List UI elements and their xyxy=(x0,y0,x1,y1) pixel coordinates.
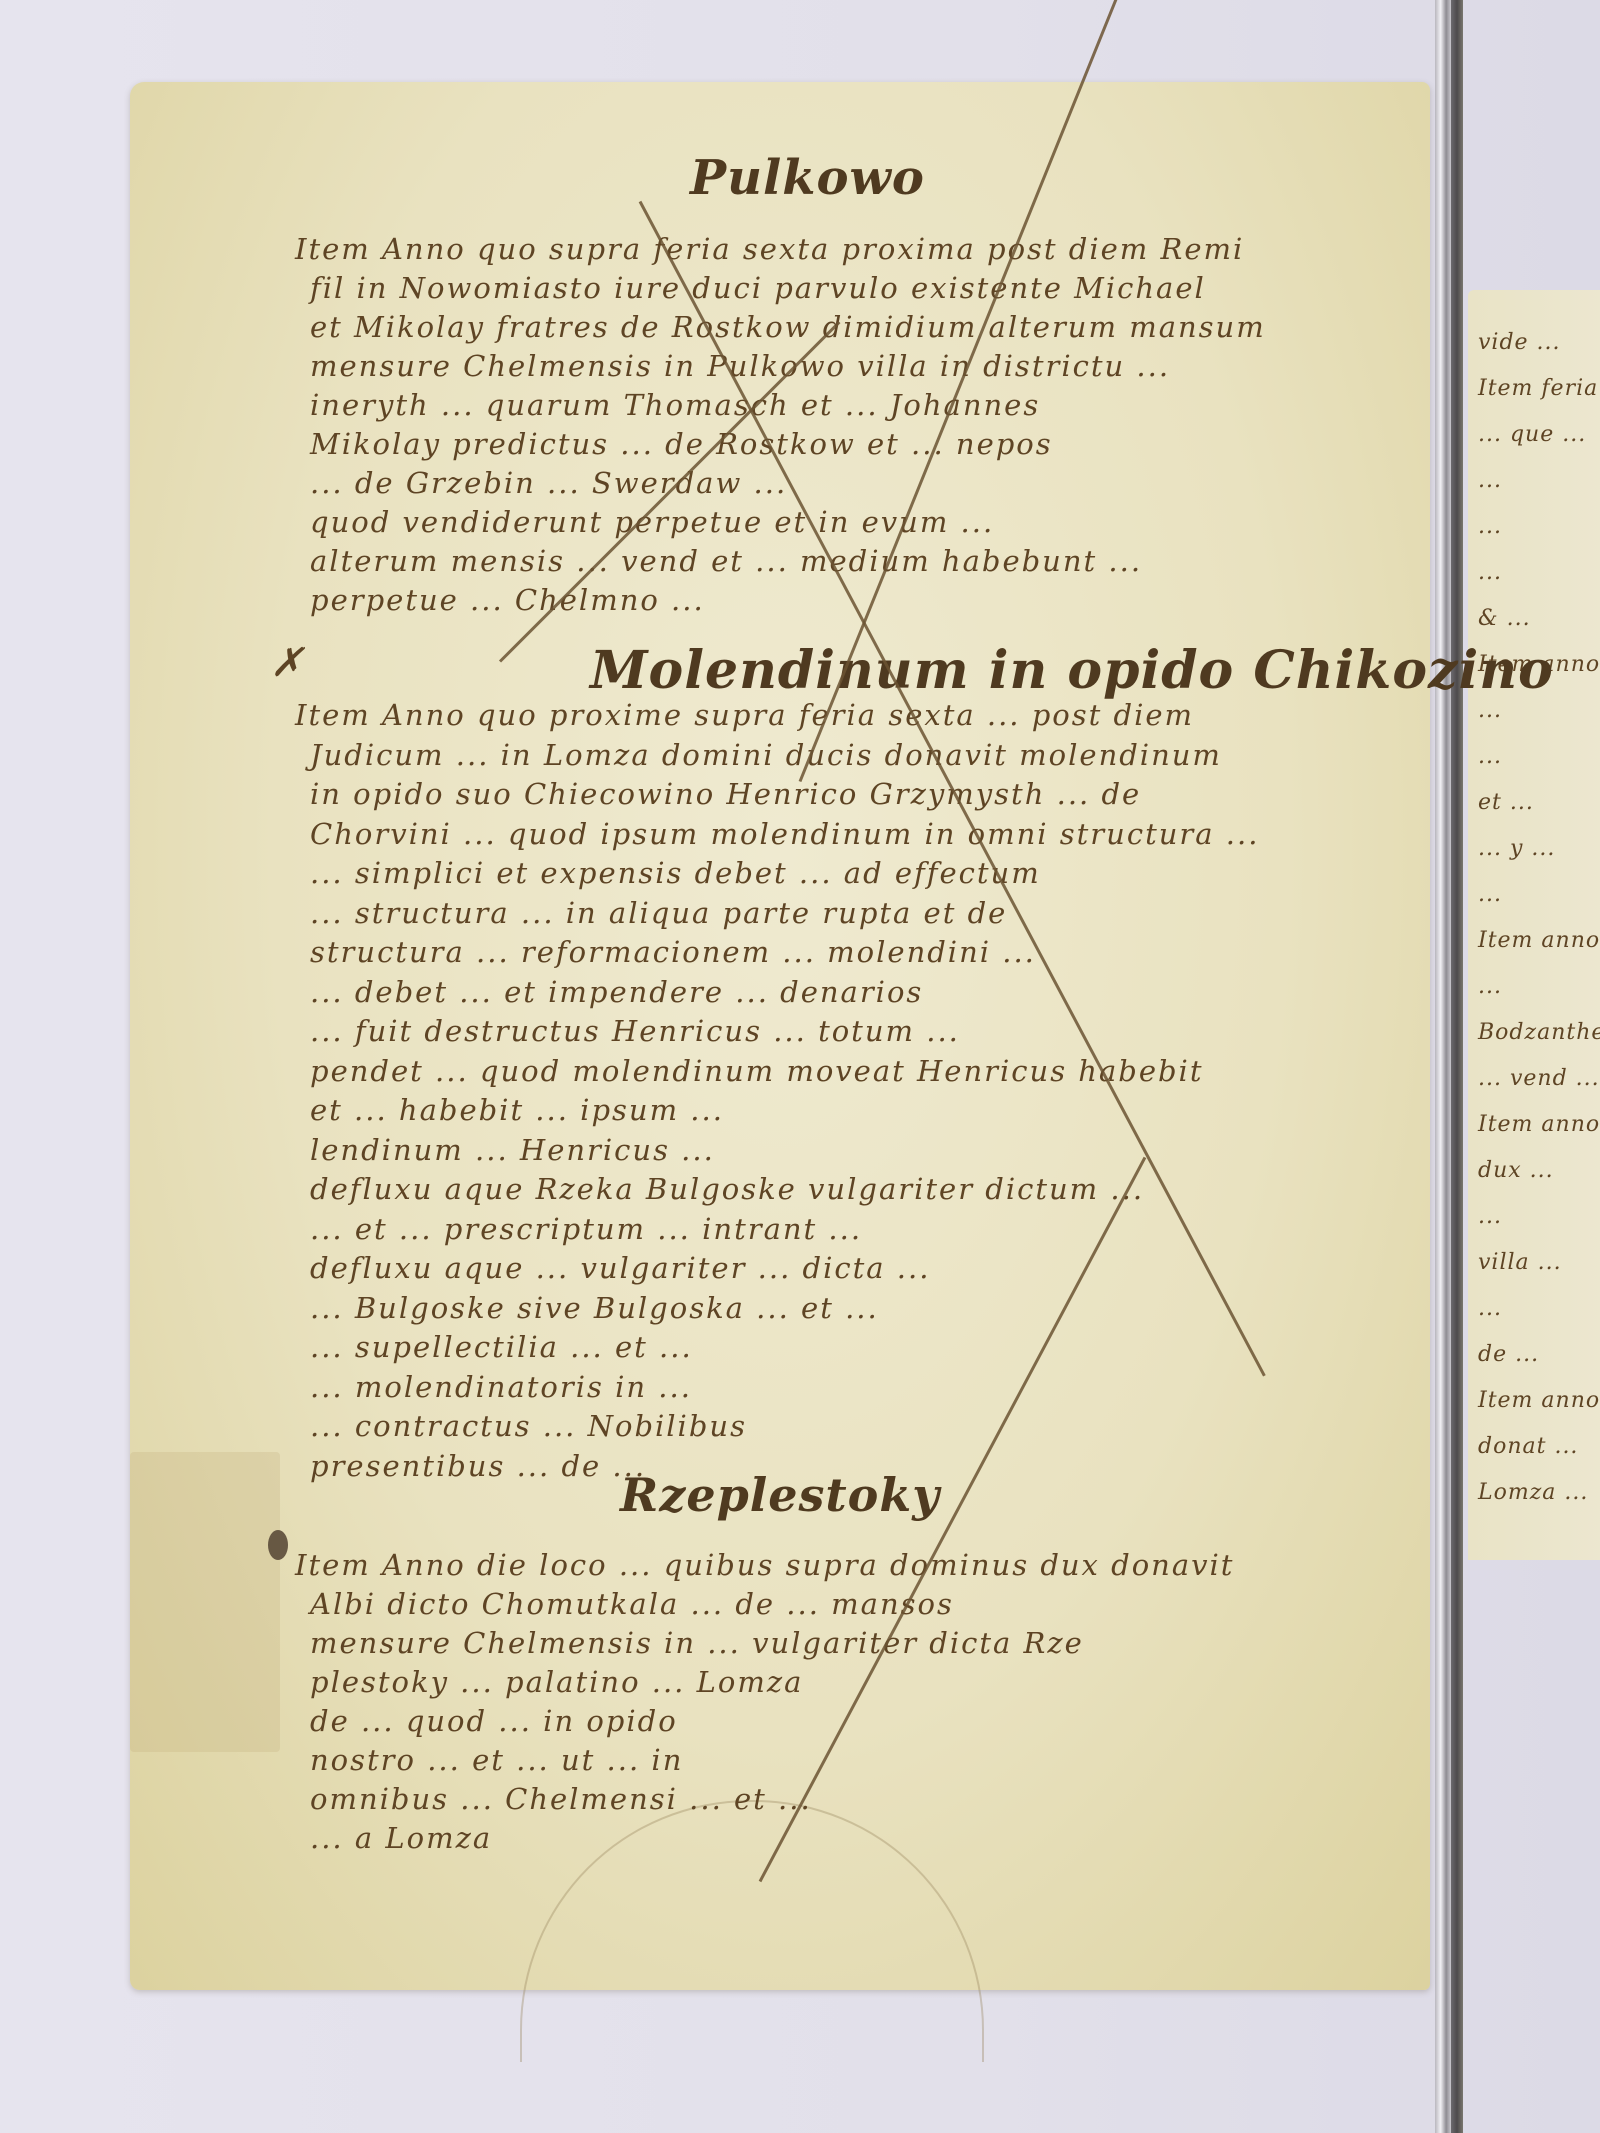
binding-gutter xyxy=(1451,0,1463,2133)
adjacent-folio-line: villa ... xyxy=(1478,1250,1562,1275)
manuscript-line: nostro ... et ... ut ... in xyxy=(310,1743,683,1777)
adjacent-folio-line: Item anno ... xyxy=(1478,1112,1600,1137)
adjacent-folio-line: Lomza ... xyxy=(1478,1480,1588,1505)
adjacent-folio-line: dux ... xyxy=(1478,1158,1554,1183)
manuscript-line: ... de Grzebin ... Swerdaw ... xyxy=(310,466,787,500)
adjacent-folio-line: ... xyxy=(1478,560,1502,585)
adjacent-folio-line: ... xyxy=(1478,744,1502,769)
section-heading-2: Molendinum in opido Chikozino xyxy=(590,640,1554,701)
adjacent-folio-line: ... xyxy=(1478,514,1502,539)
manuscript-line: ... debet ... et impendere ... denarios xyxy=(310,975,923,1009)
manuscript-line: ... a Lomza xyxy=(310,1821,492,1855)
manuscript-line: omnibus ... Chelmensi ... et ... xyxy=(310,1782,812,1816)
manuscript-line: presentibus ... de ... xyxy=(310,1449,646,1483)
adjacent-folio-line: donat ... xyxy=(1478,1434,1578,1459)
manuscript-line: et Mikolay fratres de Rostkow dimidium a… xyxy=(310,310,1266,344)
adjacent-folio-line: Item anno ... xyxy=(1478,1388,1600,1413)
manuscript-line: defluxu aque ... vulgariter ... dicta ..… xyxy=(310,1251,930,1285)
adjacent-folio-line: ... xyxy=(1478,468,1502,493)
adjacent-folio-line: vide ... xyxy=(1478,330,1561,355)
adjacent-folio-line: ... xyxy=(1478,974,1502,999)
binding-rod xyxy=(1435,0,1451,2133)
manuscript-line: alterum mensis ... vend et ... medium ha… xyxy=(310,544,1142,578)
manuscript-line: perpetue ... Chelmno ... xyxy=(310,583,705,617)
adjacent-folio-line: ... xyxy=(1478,1296,1502,1321)
manuscript-line: ... fuit destructus Henricus ... totum .… xyxy=(310,1014,960,1048)
manuscript-line: ... contractus ... Nobilibus xyxy=(310,1409,747,1443)
manuscript-line: Item Anno quo supra feria sexta proxima … xyxy=(295,232,1244,266)
adjacent-folio-line: de ... xyxy=(1478,1342,1539,1367)
manuscript-line: Chorvini ... quod ipsum molendinum in om… xyxy=(310,817,1259,851)
section-heading-3: Rzeplestoky xyxy=(620,1468,940,1522)
manuscript-line: ineryth ... quarum Thomasch et ... Johan… xyxy=(310,388,1040,422)
adjacent-folio-line: Item anno ... xyxy=(1478,928,1600,953)
adjacent-folio-line: ... xyxy=(1478,1204,1502,1229)
manuscript-line: pendet ... quod molendinum moveat Henric… xyxy=(310,1054,1203,1088)
manuscript-line: ... structura ... in aliqua parte rupta … xyxy=(310,896,1007,930)
manuscript-line: Albi dicto Chomutkala ... de ... mansos xyxy=(310,1587,954,1621)
adjacent-folio-line: Bodzanthe ... xyxy=(1478,1020,1600,1045)
manuscript-line: Item Anno die loco ... quibus supra domi… xyxy=(295,1548,1234,1582)
section-heading-1: Pulkowo xyxy=(690,150,925,206)
manuscript-line: ... et ... prescriptum ... intrant ... xyxy=(310,1212,862,1246)
adjacent-folio-line: ... vend ... xyxy=(1478,1066,1600,1091)
adjacent-folio-line: ... que ... xyxy=(1478,422,1586,447)
manuscript-line: mensure Chelmensis in Pulkowo villa in d… xyxy=(310,349,1170,383)
manuscript-line: in opido suo Chiecowino Henrico Grzymyst… xyxy=(310,777,1141,811)
manuscript-line: ... simplici et expensis debet ... ad ef… xyxy=(310,856,1041,890)
manuscript-line: de ... quod ... in opido xyxy=(310,1704,678,1738)
manuscript-line: et ... habebit ... ipsum ... xyxy=(310,1093,724,1127)
adjacent-folio-line: & ... xyxy=(1478,606,1531,631)
adjacent-folio-line: ... xyxy=(1478,882,1502,907)
manuscript-line: ... molendinatoris in ... xyxy=(310,1370,692,1404)
adjacent-folio-line: et ... xyxy=(1478,790,1534,815)
manuscript-line: lendinum ... Henricus ... xyxy=(310,1133,715,1167)
manuscript-line: fil in Nowomiasto iure duci parvulo exis… xyxy=(310,271,1206,305)
adjacent-folio-line: Item feria ... xyxy=(1478,376,1600,401)
manuscript-line: mensure Chelmensis in ... vulgariter dic… xyxy=(310,1626,1084,1660)
margin-cross-mark: ✗ xyxy=(270,640,304,686)
manuscript-line: plestoky ... palatino ... Lomza xyxy=(310,1665,803,1699)
manuscript-line: Item Anno quo proxime supra feria sexta … xyxy=(295,698,1194,732)
manuscript-line: ... supellectilia ... et ... xyxy=(310,1330,693,1364)
manuscript-line: structura ... reformacionem ... molendin… xyxy=(310,935,1036,969)
manuscript-line: ... Bulgoske sive Bulgoska ... et ... xyxy=(310,1291,879,1325)
adjacent-folio-line: ... y ... xyxy=(1478,836,1555,861)
ink-blot xyxy=(268,1530,288,1560)
manuscript-line: defluxu aque Rzeka Bulgoske vulgariter d… xyxy=(310,1172,1144,1206)
manuscript-line: Judicum ... in Lomza domini ducis donavi… xyxy=(310,738,1222,772)
adjacent-folio-line: ... xyxy=(1478,698,1502,723)
